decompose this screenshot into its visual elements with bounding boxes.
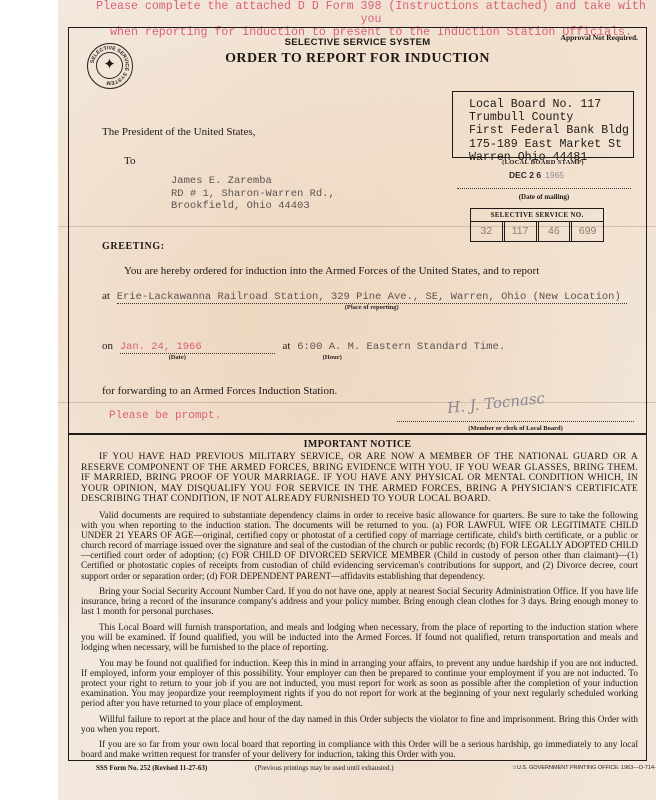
place-of-reporting-field: Erie-Lackawanna Railroad Station, 329 Pi… bbox=[117, 291, 627, 304]
mailing-date-day: DEC 2 6 bbox=[509, 170, 541, 180]
ssn-title: SELECTIVE SERVICE NO. bbox=[471, 209, 603, 222]
addressee-block: James E. Zaremba RD # 1, Sharon-Warren R… bbox=[171, 175, 335, 213]
ssn-part: 32 bbox=[471, 222, 502, 241]
addressee-city: Brookfield, Ohio 44403 bbox=[171, 200, 335, 213]
printings-note: (Previous printings may be used until ex… bbox=[255, 764, 394, 772]
board-line: First Federal Bank Bldg bbox=[469, 124, 633, 137]
at-label: at bbox=[102, 290, 110, 302]
notice-title: IMPORTANT NOTICE bbox=[69, 439, 646, 450]
date-field: Jan. 24, 1966 (Date) bbox=[120, 341, 275, 354]
salutation-from: The President of the United States, bbox=[102, 126, 255, 138]
page-title: ORDER TO REPORT FOR INDUCTION bbox=[69, 51, 646, 67]
board-member-signature: H. J. Tocnasc bbox=[446, 389, 545, 417]
gpo-imprint: ☆U.S. GOVERNMENT PRINTING OFFICE: 1963—O… bbox=[512, 765, 656, 771]
addressee-street: RD # 1, Sharon-Warren Rd., bbox=[171, 188, 335, 201]
mailing-date-stamp: DEC 2 61965 bbox=[509, 170, 564, 180]
addressee-name: James E. Zaremba bbox=[171, 175, 335, 188]
date-row: on Jan. 24, 1966 (Date) at 6:00 A. M. Ea… bbox=[102, 340, 497, 354]
board-line: Local Board No. 117 bbox=[469, 98, 633, 111]
notice-paragraph: Valid documents are required to substant… bbox=[81, 510, 638, 581]
mailing-date-line bbox=[457, 188, 631, 189]
ssn-part: 699 bbox=[569, 222, 603, 241]
on-label: on bbox=[102, 340, 113, 352]
section-divider bbox=[69, 433, 646, 435]
greeting: GREETING: bbox=[102, 241, 165, 252]
notice-paragraph: You may be found not qualified for induc… bbox=[81, 658, 638, 708]
note-line-1: Please complete the attached D D Form 39… bbox=[86, 0, 656, 26]
notice-paragraph: Willful failure to report at the place a… bbox=[81, 714, 638, 734]
board-line: 175-189 East Market St bbox=[469, 138, 633, 151]
signature-caption: (Member or clerk of Local Board) bbox=[397, 425, 634, 432]
ssn-part: 46 bbox=[536, 222, 570, 241]
form-number: SSS Form No. 252 (Revised 11-27-63) bbox=[96, 764, 207, 772]
at-hour-label: at bbox=[283, 340, 291, 352]
agency-name: SELECTIVE SERVICE SYSTEM bbox=[69, 37, 646, 48]
important-notice: IF YOU HAVE HAD PREVIOUS MILITARY SERVIC… bbox=[81, 452, 638, 765]
stamp-label: (LOCAL BOARD STAMP) bbox=[452, 159, 634, 166]
induction-order-form: Approval Not Required. SELECTIVE SERVICE… bbox=[68, 27, 647, 761]
signature-line bbox=[397, 421, 634, 422]
hour-caption: (Hour) bbox=[297, 354, 367, 361]
local-board-stamp: Local Board No. 117 Trumbull County Firs… bbox=[452, 91, 634, 158]
place-row: at Erie-Lackawanna Railroad Station, 329… bbox=[102, 290, 627, 304]
place-caption: (Place of reporting) bbox=[117, 304, 627, 311]
mailing-date-year: 1965 bbox=[545, 170, 564, 180]
notice-paragraph: IF YOU HAVE HAD PREVIOUS MILITARY SERVIC… bbox=[81, 452, 638, 505]
notice-paragraph: This Local Board will furnish transporta… bbox=[81, 622, 638, 652]
ssn-part: 117 bbox=[502, 222, 536, 241]
notice-paragraph: Bring your Social Security Account Numbe… bbox=[81, 586, 638, 616]
place-value: Erie-Lackawanna Railroad Station, 329 Pi… bbox=[117, 291, 621, 303]
prompt-note: Please be prompt. bbox=[109, 410, 221, 422]
order-statement: You are hereby ordered for induction int… bbox=[124, 265, 539, 277]
board-line: Trumbull County bbox=[469, 111, 633, 124]
notice-paragraph: If you are so far from your own local bo… bbox=[81, 739, 638, 759]
hour-field: 6:00 A. M. Eastern Standard Time. (Hour) bbox=[297, 341, 497, 353]
hour-value: 6:00 A. M. Eastern Standard Time. bbox=[297, 341, 505, 353]
date-caption: (Date) bbox=[120, 354, 235, 361]
mailing-date-label: (Date of mailing) bbox=[457, 193, 631, 201]
forwarding-statement: for forwarding to an Armed Forces Induct… bbox=[102, 385, 337, 397]
date-value: Jan. 24, 1966 bbox=[120, 341, 202, 353]
selective-service-number-box: SELECTIVE SERVICE NO. 32 117 46 699 bbox=[470, 208, 604, 242]
salutation-to: To bbox=[124, 155, 135, 167]
